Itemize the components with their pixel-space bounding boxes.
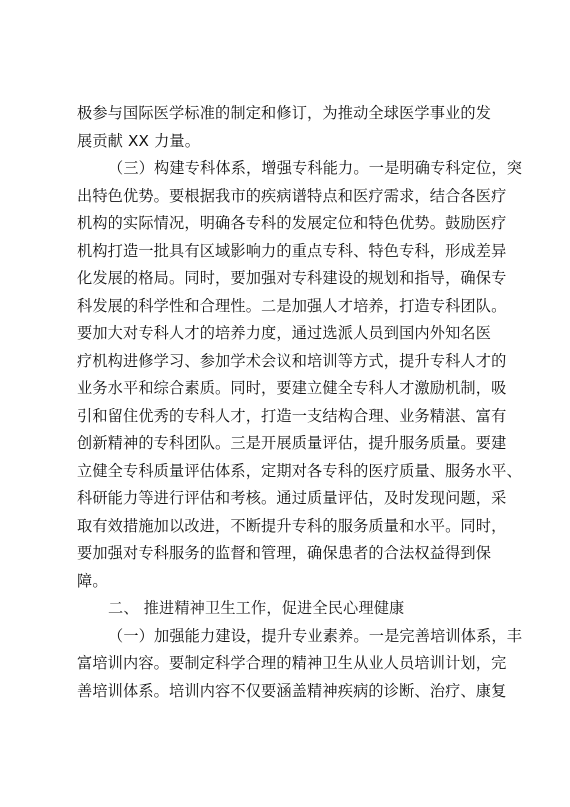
paragraph-line: 立健全专科质量评估体系，定期对各专科的医疗质量、服务水平、 (77, 458, 489, 486)
paragraph-line: 机构打造一批具有区域影响力的重点专科、特色专科，形成差异 (77, 238, 489, 266)
paragraph-line: 展贡献 XX 力量。 (77, 128, 489, 156)
paragraph-line: 出特色优势。要根据我市的疾病谱特点和医疗需求，结合各医疗 (77, 183, 489, 211)
paragraph-line: 科研能力等进行评估和考核。通过质量评估，及时发现问题，采 (77, 485, 489, 513)
paragraph-line: 疗机构进修学习、参加学术会议和培训等方式，提升专科人才的 (77, 348, 489, 376)
paragraph-line: 机构的实际情况，明确各专科的发展定位和特色优势。鼓励医疗 (77, 210, 489, 238)
paragraph-line: 创新精神的专科团队。三是开展质量评估，提升服务质量。要建 (77, 430, 489, 458)
document-body: 极参与国际医学标准的制定和修订，为推动全球医学事业的发 展贡献 XX 力量。 （… (77, 100, 489, 705)
paragraph-line: 障。 (77, 568, 489, 596)
paragraph-line: 科发展的科学性和合理性。二是加强人才培养，打造专科团队。 (77, 293, 489, 321)
paragraph-line: 要加强对专科服务的监督和管理，确保患者的合法权益得到保 (77, 540, 489, 568)
chapter-heading: 二、 推进精神卫生工作，促进全民心理健康 (77, 595, 489, 623)
paragraph-line: 要加大对专科人才的培养力度，通过选派人员到国内外知名医 (77, 320, 489, 348)
paragraph-line: 富培训内容。要制定科学合理的精神卫生从业人员培训计划，完 (77, 650, 489, 678)
paragraph-line: 化发展的格局。同时，要加强对专科建设的规划和指导，确保专 (77, 265, 489, 293)
document-page: 极参与国际医学标准的制定和修订，为推动全球医学事业的发 展贡献 XX 力量。 （… (0, 0, 570, 807)
section-heading-line: （一）加强能力建设，提升专业素养。一是完善培训体系，丰 (77, 623, 489, 651)
paragraph-line: 引和留住优秀的专科人才，打造一支结构合理、业务精湛、富有 (77, 403, 489, 431)
paragraph-line: 极参与国际医学标准的制定和修订，为推动全球医学事业的发 (77, 100, 489, 128)
section-heading-line: （三）构建专科体系，增强专科能力。一是明确专科定位，突 (77, 155, 489, 183)
paragraph-line: 取有效措施加以改进，不断提升专科的服务质量和水平。同时， (77, 513, 489, 541)
paragraph-line: 业务水平和综合素质。同时，要建立健全专科人才激励机制，吸 (77, 375, 489, 403)
paragraph-line: 善培训体系。培训内容不仅要涵盖精神疾病的诊断、治疗、康复 (77, 678, 489, 706)
